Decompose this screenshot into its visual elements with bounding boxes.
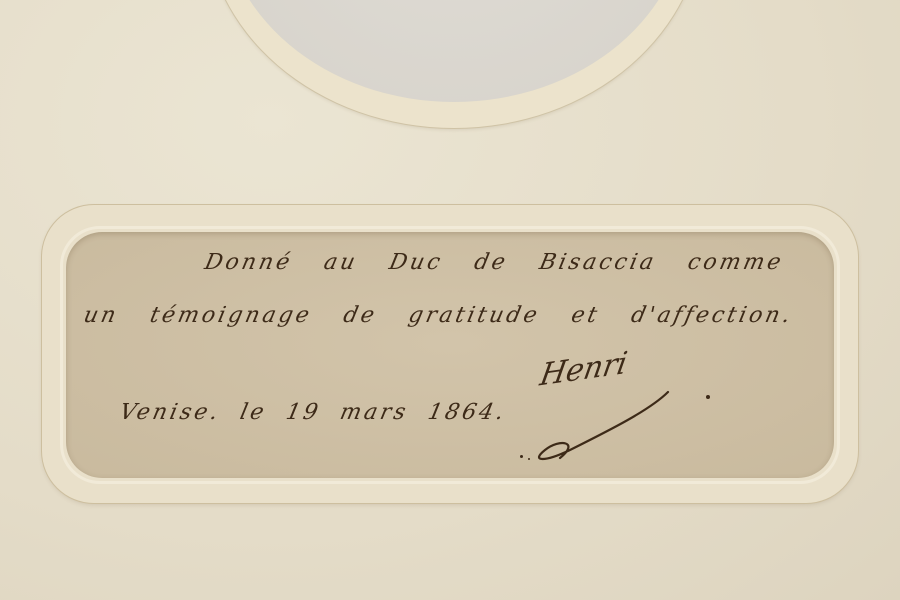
- ink-speck: [520, 455, 523, 458]
- note-date-line: Venise. le 19 mars 1864.: [117, 400, 509, 425]
- ink-dot: [706, 395, 710, 399]
- note-line-1: Donné au Duc de Bisaccia comme: [202, 250, 786, 275]
- signature-flourish-icon: [500, 380, 700, 470]
- ink-speck: [528, 458, 530, 460]
- note-line-2: un témoignage de gratitude et d'affectio…: [81, 303, 795, 328]
